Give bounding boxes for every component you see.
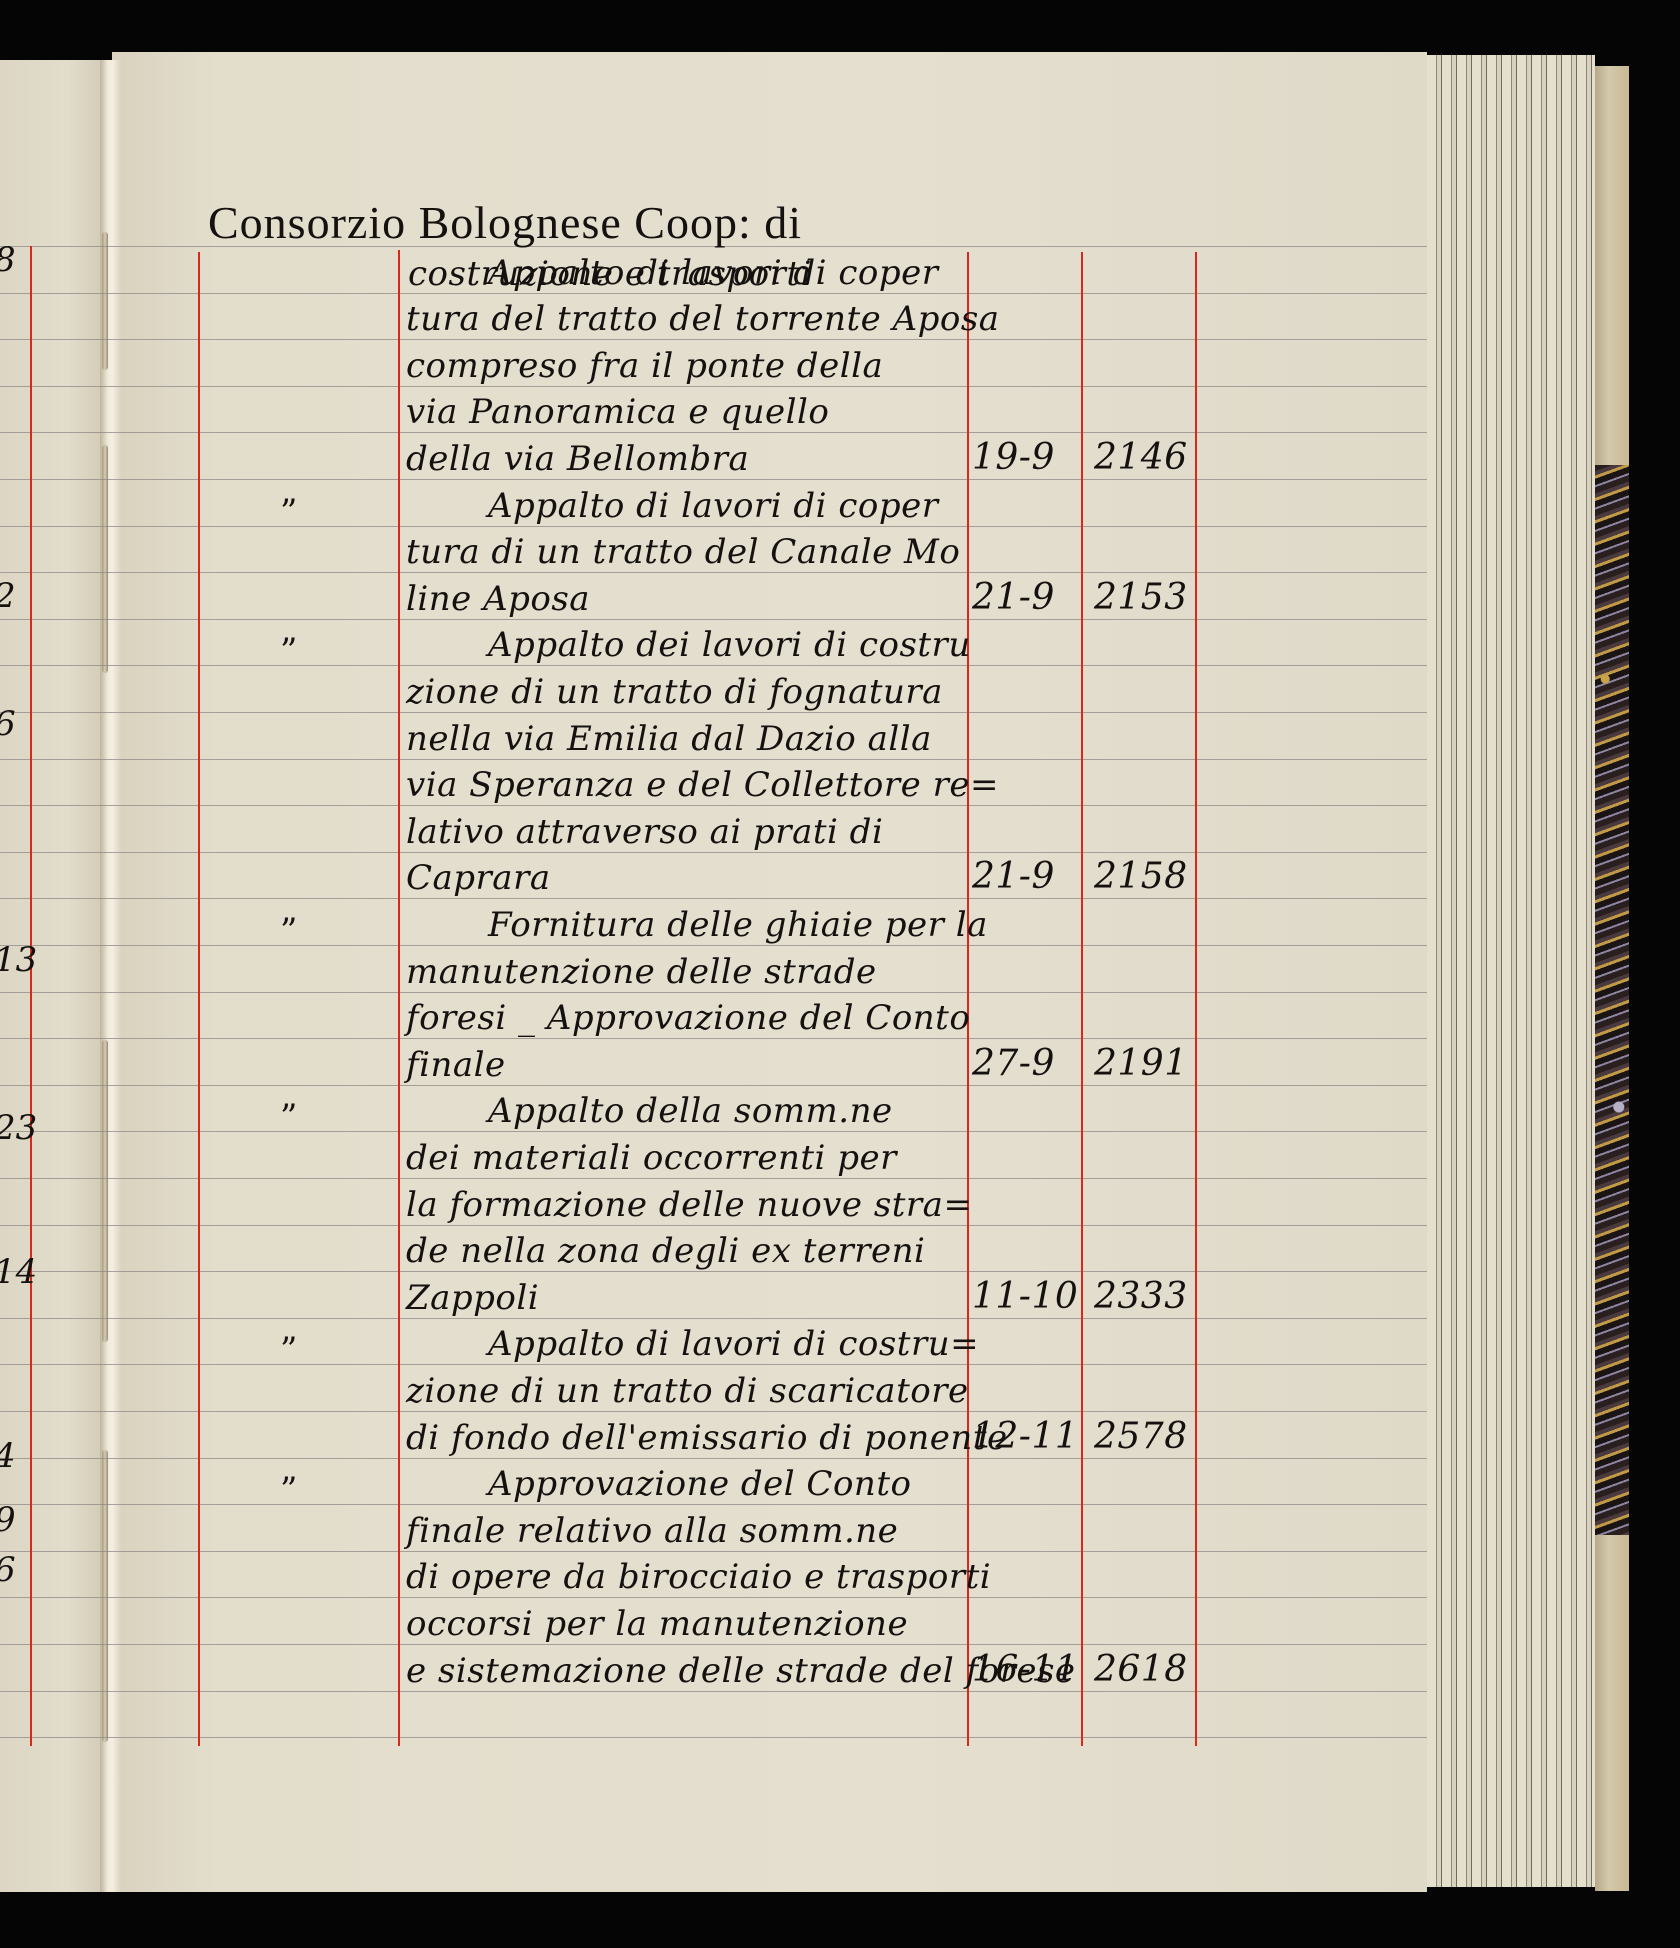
entry-number: 2153 — [1094, 577, 1188, 618]
entry-date: 21-9 — [972, 856, 1055, 897]
entry-text-line: manutenzione delle strade — [406, 952, 877, 992]
entry-text-line: finale relativo alla somm.ne — [406, 1511, 898, 1551]
entry-text-line: Zappoli — [406, 1278, 539, 1318]
entry-date: 16-11 — [972, 1649, 1078, 1690]
ruled-line — [0, 1458, 1427, 1459]
ditto-mark: ” — [280, 631, 297, 671]
entry-text-line: dei materiali occorrenti per — [406, 1138, 897, 1178]
entry-text-line: tura del tratto del torrente Aposa — [406, 299, 1000, 339]
entry-number: 2146 — [1094, 437, 1188, 478]
ruled-line — [0, 432, 1427, 433]
entry-text-line: di fondo dell'emissario di ponente — [406, 1418, 1008, 1458]
ruled-line — [0, 526, 1427, 527]
ruled-line — [0, 1131, 1427, 1132]
entry-text-line: foresi _ Approvazione del Conto — [406, 998, 970, 1038]
entry-text-line: la formazione delle nuove stra= — [406, 1185, 972, 1225]
left-page-number-fragment: 6 — [0, 704, 16, 744]
entry-text-line: finale — [406, 1045, 506, 1085]
entry-text-line: Appalto di lavori di costru= — [488, 1324, 979, 1364]
entry-text-line: della via Bellombra — [406, 439, 749, 479]
entry-text-line: lativo attraverso ai prati di — [406, 812, 883, 852]
ditto-mark: ” — [280, 1330, 297, 1370]
ruled-line — [0, 1085, 1427, 1086]
ditto-mark: ” — [280, 1470, 297, 1510]
marbled-cover — [1595, 465, 1629, 1535]
ditto-mark: ” — [280, 1097, 297, 1137]
left-page-number-fragment: 2 — [0, 576, 16, 616]
entry-text-line: Caprara — [406, 858, 551, 898]
entry-text-line: compreso fra il ponte della — [406, 346, 883, 386]
ruled-line — [0, 1597, 1427, 1598]
entry-text-line: occorsi per la manutenzione — [406, 1604, 908, 1644]
right-column-rule — [1195, 252, 1197, 1746]
binding-thread — [102, 1450, 108, 1742]
entry-text-line: zione di un tratto di fognatura — [406, 672, 943, 712]
entry-number: 2618 — [1094, 1649, 1188, 1690]
entry-text-line: tura di un tratto del Canale Mo — [406, 532, 960, 572]
entry-number: 2333 — [1094, 1276, 1188, 1317]
ruled-line — [0, 1411, 1427, 1412]
ruled-line — [0, 1644, 1427, 1645]
entry-text-line: de nella zona degli ex terreni — [406, 1231, 925, 1271]
entry-text-line: Approvazione del Conto — [488, 1464, 911, 1504]
entry-number: 2578 — [1094, 1416, 1188, 1457]
entry-text-line: line Aposa — [406, 579, 590, 619]
entry-date: 11-10 — [972, 1276, 1078, 1317]
entry-text-line: Appalto della somm.ne — [488, 1091, 893, 1131]
ruled-line — [0, 805, 1427, 806]
binding-thread — [102, 232, 108, 370]
entry-text-line: via Speranza e del Collettore re= — [406, 765, 999, 805]
ruled-line — [0, 1504, 1427, 1505]
ruled-line — [0, 1178, 1427, 1179]
entry-number: 2158 — [1094, 856, 1188, 897]
ruled-line — [0, 1038, 1427, 1039]
ruled-line — [0, 1691, 1427, 1692]
entry-number: 2191 — [1094, 1043, 1188, 1084]
ruled-line — [0, 1551, 1427, 1552]
ruled-line — [0, 759, 1427, 760]
ditto-mark: ” — [280, 911, 297, 951]
entry-date: 21-9 — [972, 577, 1055, 618]
entry-text-line: nella via Emilia dal Dazio alla — [406, 719, 932, 759]
entry-date: 19-9 — [972, 437, 1055, 478]
left-page-number-fragment: 23 — [0, 1108, 37, 1148]
ditto-mark: ” — [280, 492, 297, 532]
entry-text-line: di opere da birocciaio e trasporti — [406, 1557, 991, 1597]
margin-rule-2 — [398, 250, 400, 1746]
ruled-line — [0, 619, 1427, 620]
left-page-number-fragment: 6 — [0, 1550, 16, 1590]
entry-text-line: zione di un tratto di scaricatore — [406, 1371, 969, 1411]
ruled-line — [0, 479, 1427, 480]
entry-text-line: Appalto di lavori di coper — [488, 486, 938, 526]
page-stack-edge — [1427, 55, 1595, 1887]
ruled-line — [0, 898, 1427, 899]
ruled-line — [0, 992, 1427, 993]
left-page-number-fragment: 4 — [0, 1436, 16, 1476]
ruled-line — [0, 386, 1427, 387]
entry-text-line: via Panoramica e quello — [406, 392, 829, 432]
entry-date: 12-11 — [972, 1416, 1078, 1457]
left-page-number-fragment: 9 — [0, 1500, 16, 1540]
ruled-line — [0, 572, 1427, 573]
entry-date: 27-9 — [972, 1043, 1055, 1084]
number-column-rule — [1081, 252, 1083, 1746]
ruled-line — [0, 852, 1427, 853]
ruled-line — [0, 339, 1427, 340]
margin-rule-1 — [198, 252, 200, 1746]
left-page-number-fragment: 13 — [0, 940, 37, 980]
entry-text-line: Appalto di lavori di coper — [488, 253, 938, 293]
ruled-line — [0, 945, 1427, 946]
entry-text-line: Appalto dei lavori di costru — [488, 625, 971, 665]
ruled-line — [0, 1737, 1427, 1738]
left-page-number-fragment: 8 — [0, 240, 16, 280]
ledger-heading-line-1: Consorzio Bolognese Coop: di — [208, 196, 802, 249]
ruled-line — [0, 665, 1427, 666]
ruled-line — [0, 1318, 1427, 1319]
ruled-line — [0, 1364, 1427, 1365]
ruled-line — [0, 1225, 1427, 1226]
entry-text-line: Fornitura delle ghiaie per la — [488, 905, 988, 945]
left-page-margin-rule — [30, 246, 32, 1746]
ruled-line — [0, 1271, 1427, 1272]
ruled-line — [0, 712, 1427, 713]
left-page-number-fragment: 14 — [0, 1252, 37, 1292]
